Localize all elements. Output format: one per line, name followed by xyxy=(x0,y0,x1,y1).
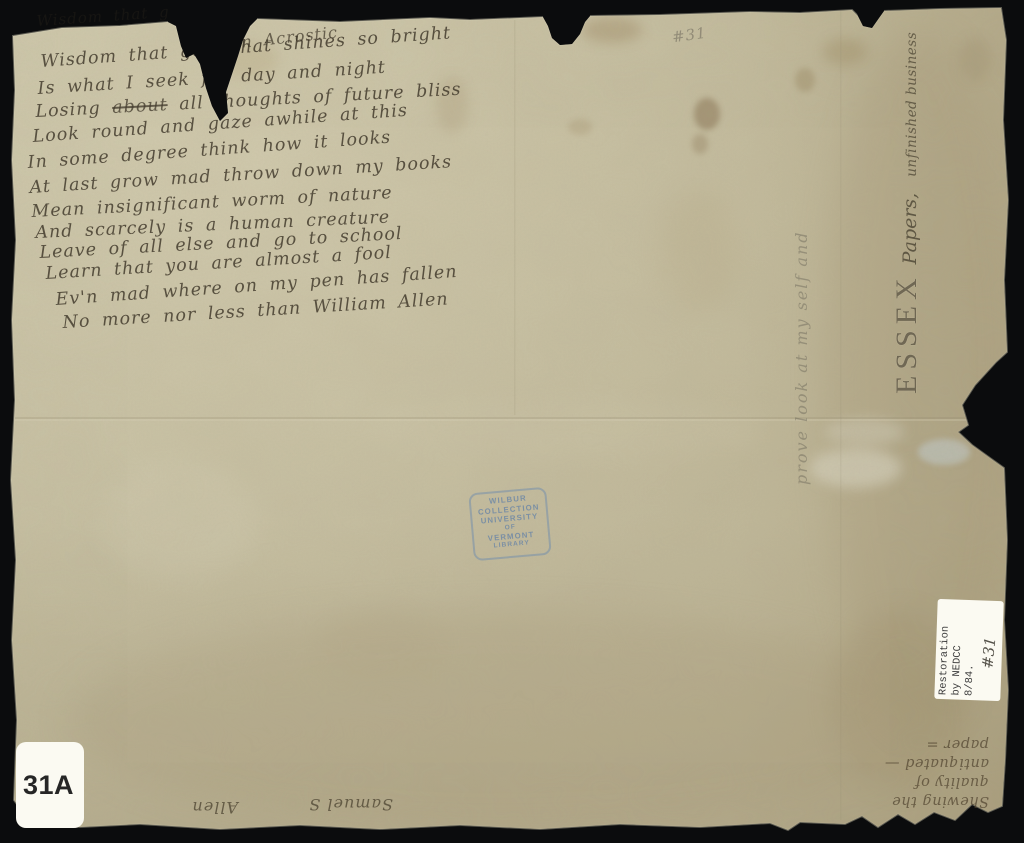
restoration-item-number: #31 xyxy=(978,636,999,669)
restoration-line: 8/84. xyxy=(963,604,979,696)
archival-labels: 31A Restoration by NEDCC 8/84. #31 xyxy=(0,0,1024,843)
corner-id-label: 31A xyxy=(16,742,84,828)
corner-id-text: 31A xyxy=(23,770,74,801)
scanned-manuscript-page: Wisdom that gem An Acrostic Wisdom that … xyxy=(0,0,1024,843)
restoration-label-text: Restoration by NEDCC 8/84. #31 xyxy=(937,603,1000,697)
restoration-label: Restoration by NEDCC 8/84. #31 xyxy=(934,599,1003,701)
